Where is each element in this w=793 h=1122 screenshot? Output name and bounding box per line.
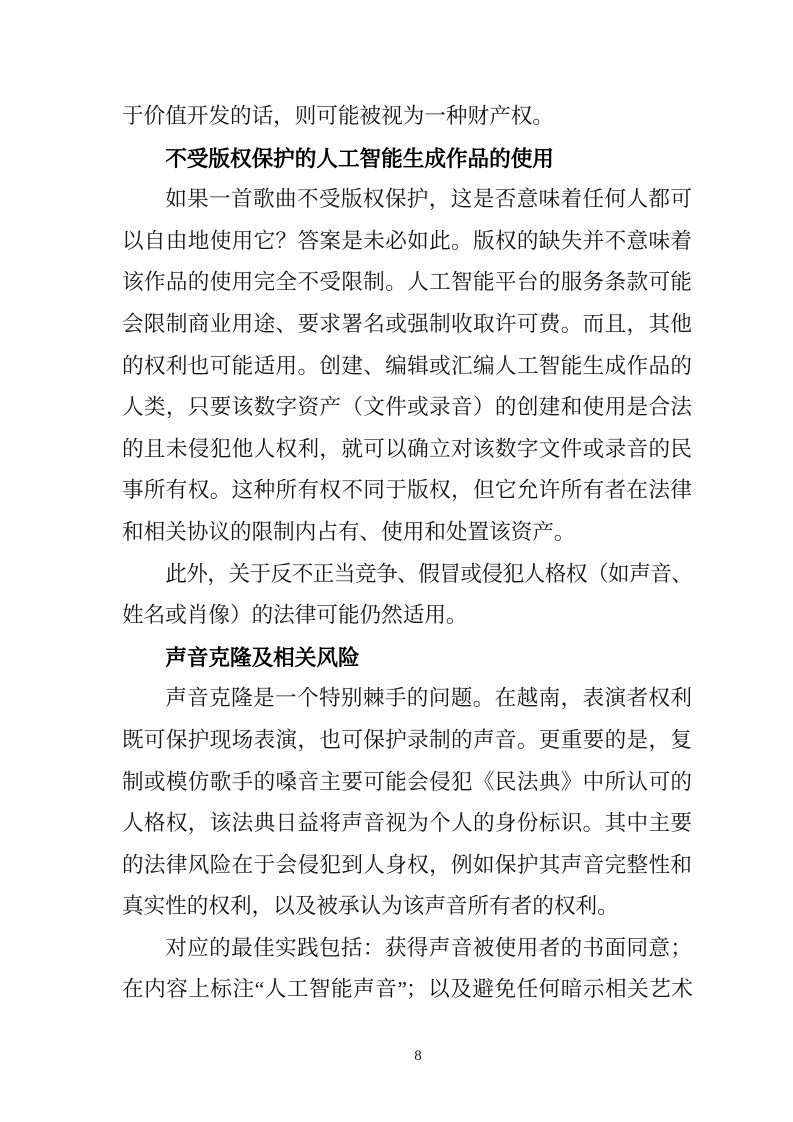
text-line: 事所有权。这种所有权不同于版权，但它允许所有者在法律	[122, 470, 692, 512]
text-line: 在内容上标注“人工智能声音”；以及避免任何暗示相关艺术	[122, 969, 692, 1011]
text-line: 声音克隆是一个特别棘手的问题。在越南，表演者权利	[122, 678, 692, 720]
text-line: 如果一首歌曲不受版权保护，这是否意味着任何人都可	[122, 179, 692, 221]
text-line: 真实性的权利，以及被承认为该声音所有者的权利。	[122, 886, 692, 928]
text-line: 会限制商业用途、要求署名或强制收取许可费。而且，其他	[122, 304, 692, 346]
text-line: 对应的最佳实践包括：获得声音被使用者的书面同意；	[122, 928, 692, 970]
text-line: 该作品的使用完全不受限制。人工智能平台的服务条款可能	[122, 262, 692, 304]
text-line: 人格权，该法典日益将声音视为个人的身份标识。其中主要	[122, 803, 692, 845]
text-line: 制或模仿歌手的嗓音主要可能会侵犯《民法典》中所认可的	[122, 762, 692, 804]
text-line: 的且未侵犯他人权利，就可以确立对该数字文件或录音的民	[122, 429, 692, 471]
text-line: 人类，只要该数字资产（文件或录音）的创建和使用是合法	[122, 387, 692, 429]
text-line: 姓名或肖像）的法律可能仍然适用。	[122, 595, 692, 637]
text-line: 既可保护现场表演，也可保护录制的声音。更重要的是，复	[122, 720, 692, 762]
section-heading: 声音克隆及相关风险	[122, 637, 692, 679]
text-line: 于价值开发的话，则可能被视为一种财产权。	[122, 96, 692, 138]
document-page: 于价值开发的话，则可能被视为一种财产权。 不受版权保护的人工智能生成作品的使用 …	[0, 0, 793, 1122]
text-line: 和相关协议的限制内占有、使用和处置该资产。	[122, 512, 692, 554]
text-line: 的法律风险在于会侵犯到人身权，例如保护其声音完整性和	[122, 845, 692, 887]
text-line: 的权利也可能适用。创建、编辑或汇编人工智能生成作品的	[122, 346, 692, 388]
section-heading: 不受版权保护的人工智能生成作品的使用	[122, 138, 692, 180]
text-column: 于价值开发的话，则可能被视为一种财产权。 不受版权保护的人工智能生成作品的使用 …	[122, 96, 692, 1011]
text-line: 此外，关于反不正当竞争、假冒或侵犯人格权（如声音、	[122, 554, 692, 596]
text-line: 以自由地使用它？答案是未必如此。版权的缺失并不意味着	[122, 221, 692, 263]
page-number: 8	[414, 1047, 422, 1065]
